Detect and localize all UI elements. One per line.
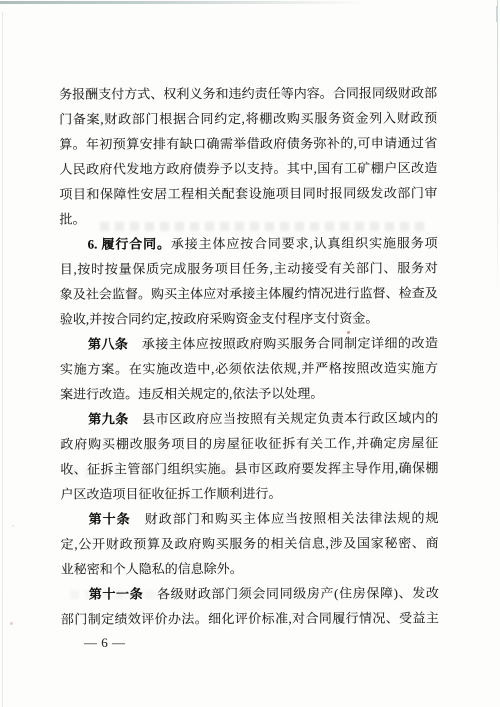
text-line: 收、征拆主管部门组织实施。县市区政府要发挥主导作用,确保棚 [60, 455, 438, 481]
text-segment: 县市区政府应当按照有关规定负责本行政区域内的 [129, 410, 439, 426]
text-segment: 项目和保障性安居工程相关配套设施项目同时报同级发改部门审 [59, 185, 437, 201]
scanner-left-edge-artifact [2, 12, 3, 707]
text-line: 实施方案。在实施改造中,必须依法依规,并严格按照改造实施方 [60, 355, 438, 381]
text-segment: 算。年初预算安排有缺口确需举借政府债务弥补的,可申请通过省 [59, 135, 437, 151]
text-line: 第八条 承接主体应按照政府购买服务合同制定详细的改造 [60, 330, 438, 356]
article-heading-segment: 第九条 [88, 411, 128, 426]
text-line: 目,按时按量保质完成服务项目任务,主动接受有关部门、服务对 [60, 255, 438, 281]
text-segment: 务报酬支付方式、权利义务和违约责任等内容。合同报同级财政部 [59, 85, 437, 101]
text-line: 6. 履行合同。承接主体应按合同要求,认真组织实施服务项 [60, 230, 438, 256]
text-segment: 各级财政部门须会同同级房产(住房保障)、发改 [143, 585, 439, 601]
text-line: 象及社会监督。购买主体应对承接主体履约情况进行监督、检查及 [60, 280, 438, 306]
text-line: 第十一条 各级财政部门须会同同级房产(住房保障)、发改 [61, 580, 439, 606]
text-line: 门备案,财政部门根据合同约定,将棚改购买服务资金列入财政预 [59, 105, 437, 131]
text-segment: 人民政府代发地方政府债券予以支持。其中,国有工矿棚户区改造 [59, 160, 437, 176]
page-number: — 6 — [84, 630, 126, 655]
document-body: 务报酬支付方式、权利义务和违约责任等内容。合同报同级财政部门备案,财政部门根据合… [59, 80, 439, 631]
text-line: 项目和保障性安居工程相关配套设施项目同时报同级发改部门审 [59, 180, 437, 206]
text-segment: 部门制定绩效评价办法。细化评价标准,对合同履行情况、受益主 [61, 610, 439, 626]
text-segment: 目,按时按量保质完成服务项目任务,主动接受有关部门、服务对 [60, 260, 438, 276]
text-segment: 收、征拆主管部门组织实施。县市区政府要发挥主导作用,确保棚 [60, 460, 438, 476]
text-line: 业秘密和个人隐私的信息除外。 [61, 555, 439, 581]
text-line: 定,公开财政预算及政府购买服务的相关信息,涉及国家秘密、商 [61, 530, 439, 556]
ink-speck [10, 622, 13, 625]
text-segment: 业秘密和个人隐私的信息除外。 [61, 561, 243, 577]
text-segment: 承接主体应按照政府购买服务合同制定详细的改造 [128, 335, 438, 351]
text-line: 务报酬支付方式、权利义务和违约责任等内容。合同报同级财政部 [59, 80, 437, 106]
text-line: 批。 [59, 205, 437, 231]
text-line: 户区改造项目征收征拆工作顺利进行。 [60, 480, 438, 506]
text-line: 人民政府代发地方政府债券予以支持。其中,国有工矿棚户区改造 [59, 155, 437, 181]
text-segment: 验收,并按合同约定,按政府采购资金支付程序支付资金。 [60, 311, 379, 327]
text-line: 政府购买棚改服务项目的房屋征收征拆有关工作,并确定房屋征 [60, 430, 438, 456]
scanner-top-edge-artifact [0, 1, 365, 4]
text-line: 部门制定绩效评价办法。细化评价标准,对合同履行情况、受益主 [61, 605, 439, 631]
text-segment: 财政部门和购买主体应当按照相关法律法规的规 [131, 510, 439, 526]
article-heading-segment: 第十一条 [89, 586, 144, 601]
text-line: 第九条 县市区政府应当按照有关规定负责本行政区域内的 [60, 405, 438, 431]
text-segment: 定,公开财政预算及政府购买服务的相关信息,涉及国家秘密、商 [61, 535, 439, 551]
article-heading-segment: 第八条 [88, 336, 128, 351]
text-segment: 户区改造项目征收征拆工作顺利进行。 [60, 486, 281, 502]
text-segment: 案进行改造。违反相关规定的,依法予以处理。 [60, 386, 323, 402]
ink-speck [12, 525, 14, 527]
text-segment: 实施方案。在实施改造中,必须依法依规,并严格按照改造实施方 [60, 360, 438, 376]
text-segment: 政府购买棚改服务项目的房屋征收征拆有关工作,并确定房屋征 [60, 435, 438, 451]
text-line: 案进行改造。违反相关规定的,依法予以处理。 [60, 380, 438, 406]
text-line: 第十条 财政部门和购买主体应当按照相关法律法规的规 [61, 505, 439, 531]
text-line: 验收,并按合同约定,按政府采购资金支付程序支付资金。 [60, 305, 438, 331]
text-segment: 象及社会监督。购买主体应对承接主体履约情况进行监督、检查及 [60, 285, 438, 301]
text-line: 算。年初预算安排有缺口确需举借政府债务弥补的,可申请通过省 [59, 130, 437, 156]
text-segment: 批。 [59, 212, 85, 227]
text-segment: 承接主体应按合同要求,认真组织实施服务项 [171, 235, 438, 251]
scanned-document-page: 务报酬支付方式、权利义务和违约责任等内容。合同报同级财政部门备案,财政部门根据合… [0, 0, 500, 707]
article-heading-segment: 第十条 [89, 511, 131, 526]
scanner-right-edge-artifact [497, 0, 498, 295]
article-heading-segment: 6. 履行合同。 [88, 236, 171, 251]
text-segment: 门备案,财政部门根据合同约定,将棚改购买服务资金列入财政预 [59, 110, 437, 126]
